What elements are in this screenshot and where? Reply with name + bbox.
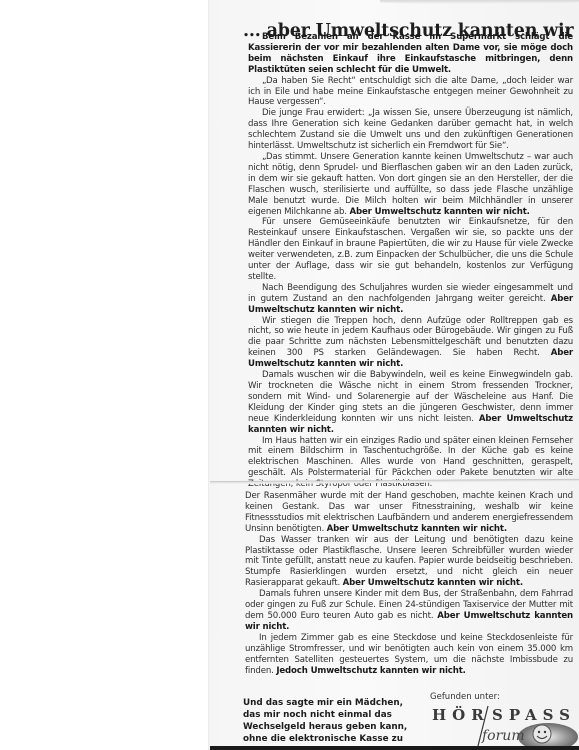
svg-text:SPASS: SPASS	[492, 706, 576, 724]
paragraph: Damals fuhren unsere Kinder mit dem Bus,…	[245, 589, 573, 633]
paragraph: Die junge Frau erwidert: „Ja wissen Sie,…	[248, 108, 573, 152]
page-curl	[380, 0, 579, 4]
article-column-bottom: Der Rasenmäher wurde mit der Hand gescho…	[245, 491, 573, 676]
paragraph: Nach Beendigung des Schuljahres wurden s…	[248, 283, 573, 316]
paragraph: Wir stiegen die Treppen hoch, denn Aufzü…	[248, 316, 573, 371]
paragraph: Für unsere Gemüseeinkäufe benutzten wir …	[248, 217, 573, 282]
refrain: Jedoch Umweltschutz kannten wir nicht.	[276, 666, 465, 676]
smiley-cd-icon: HÖR SPASS forum	[430, 704, 579, 748]
paragraph: „Das stimmt. Unsere Generation kannte ke…	[248, 152, 573, 217]
paragraph: Der Rasenmäher wurde mit der Hand gescho…	[245, 491, 573, 535]
paragraph: „Da haben Sie Recht“ entschuldigt sich d…	[248, 76, 573, 109]
svg-text:forum: forum	[481, 728, 525, 744]
svg-text:HÖR: HÖR	[432, 705, 490, 724]
scan-bottom-edge	[210, 746, 579, 750]
paragraph: In jedem Zimmer gab es eine Steckdose un…	[245, 633, 573, 677]
refrain: Aber Umweltschutz kannten wir nicht.	[349, 207, 529, 217]
source-label: Gefunden unter:	[430, 692, 500, 702]
hoerspass-forum-logo: HÖR SPASS forum	[430, 704, 579, 748]
article-column-top: Beim Bezahlen an der Kasse im Supermarkt…	[248, 32, 573, 490]
intro-paragraph: Beim Bezahlen an der Kasse im Supermarkt…	[248, 32, 573, 76]
paragraph: Das Wasser tranken wir aus der Leitung u…	[245, 535, 573, 590]
closing-remark: Und das sagte mir ein Mädchen, das mir n…	[243, 697, 423, 750]
refrain: Aber Umweltschutz kannten wir nicht.	[343, 578, 523, 588]
refrain: Aber Umweltschutz kannten wir nicht.	[327, 524, 507, 534]
paragraph: Damals wuschen wir die Babywindeln, weil…	[248, 370, 573, 435]
